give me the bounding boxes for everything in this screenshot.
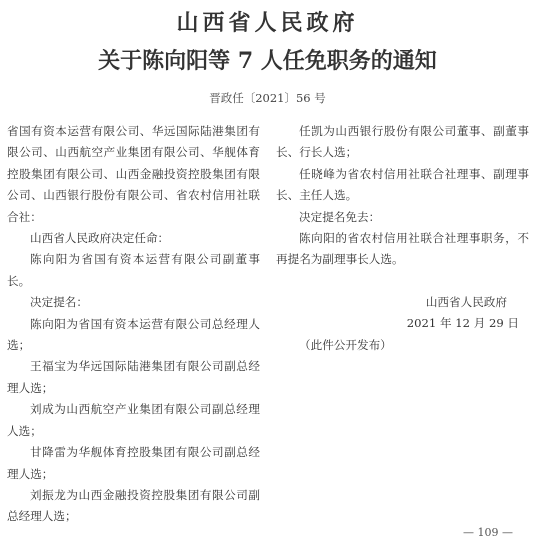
page-number: — 109 —: [463, 526, 513, 539]
nomination-item: 任凯为山西银行股份有限公司董事、副董事长、行长人选；: [276, 121, 529, 164]
issuer-signature: 山西省人民政府: [276, 292, 529, 313]
nomination-item: 任晓峰为省农村信用社联合社理事、副理事长、主任人选。: [276, 164, 529, 207]
document-number: 晋政任〔2021〕56 号: [0, 90, 535, 106]
issue-date: 2021 年 12 月 29 日: [276, 313, 529, 334]
nominate-heading: 决定提名：: [7, 292, 260, 313]
org-title: 山西省人民政府: [0, 6, 535, 37]
nomination-item: 刘振龙为山西金融投资控股集团有限公司副总经理人选；: [7, 485, 260, 528]
removal-item: 陈向阳的省农村信用社联合社理事职务，不再提名为副理事长人选。: [276, 228, 529, 271]
left-column: 省国有资本运营有限公司、华远国际陆港集团有限公司、山西航空产业集团有限公司、华舰…: [7, 121, 260, 528]
nomination-item: 刘成为山西航空产业集团有限公司副总经理人选；: [7, 399, 260, 442]
recipients-paragraph: 省国有资本运营有限公司、华远国际陆港集团有限公司、山西航空产业集团有限公司、华舰…: [7, 121, 260, 228]
nomination-item: 陈向阳为省国有资本运营有限公司总经理人选；: [7, 314, 260, 357]
public-note: （此件公开发布）: [276, 335, 529, 356]
notice-title: 关于陈向阳等 7 人任免职务的通知: [0, 44, 535, 75]
appoint-heading: 山西省人民政府决定任命：: [7, 228, 260, 249]
nomination-item: 王福宝为华远国际陆港集团有限公司副总经理人选；: [7, 356, 260, 399]
appointment-item: 陈向阳为省国有资本运营有限公司副董事长。: [7, 249, 260, 292]
right-column: 任凯为山西银行股份有限公司董事、副董事长、行长人选； 任晓峰为省农村信用社联合社…: [276, 121, 529, 356]
nomination-item: 甘降雷为华舰体育控股集团有限公司副总经理人选；: [7, 442, 260, 485]
remove-heading: 决定提名免去：: [276, 207, 529, 228]
